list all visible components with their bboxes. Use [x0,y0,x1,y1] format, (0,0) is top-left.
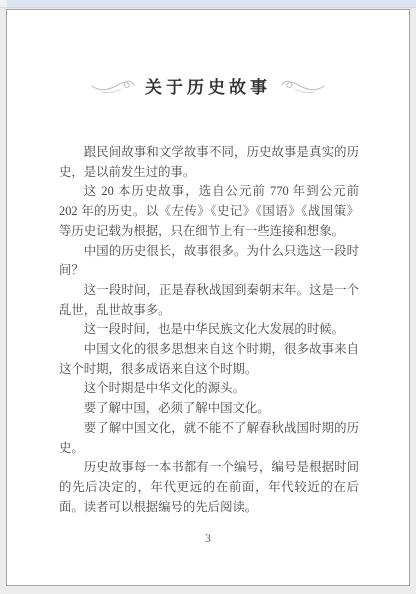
flourish-right-icon [280,77,326,95]
body-paragraph: 这一段时间，正是春秋战国到秦朝末年。这是一个乱世，乱世故事多。 [59,281,359,320]
flourish-left-icon [90,77,136,95]
document-viewer: 关于历史故事 跟民间故事和文学故事不同，历史故事是真实的历史，是以前发生过的事。… [0,0,416,594]
body-text: 跟民间故事和文学故事不同，历史故事是真实的历史，是以前发生过的事。 这 20 本… [59,143,359,517]
body-paragraph: 跟民间故事和文学故事不同，历史故事是真实的历史，是以前发生过的事。 [59,143,359,182]
book-page: 关于历史故事 跟民间故事和文学故事不同，历史故事是真实的历史，是以前发生过的事。… [6,9,410,586]
page-title: 关于历史故事 [145,73,271,98]
body-paragraph: 这个时期是中华文化的源头。 [59,379,359,399]
page-number: 3 [7,533,409,545]
body-paragraph: 这 20 本历史故事，选自公元前 770 年到公元前 202 年的历史。以《左传… [59,182,359,241]
body-paragraph: 这一段时间，也是中华民族文化大发展的时候。 [59,320,359,340]
viewer-top-strip [0,0,416,8]
body-paragraph: 要了解中国，必须了解中国文化。 [59,399,359,419]
chapter-title-row: 关于历史故事 [7,73,409,98]
body-paragraph: 历史故事每一本书都有一个编号，编号是根据时间的先后决定的，年代更远的在前面，年代… [59,458,359,517]
viewer-top-corner [0,0,7,7]
body-paragraph: 中国文化的很多思想来自这个时期，很多故事来自这个时期，很多成语来自这个时期。 [59,340,359,379]
body-paragraph: 要了解中国文化，就不能不了解春秋战国时期的历史。 [59,419,359,458]
body-paragraph: 中国的历史很长，故事很多。为什么只选这一段时间？ [59,242,359,281]
